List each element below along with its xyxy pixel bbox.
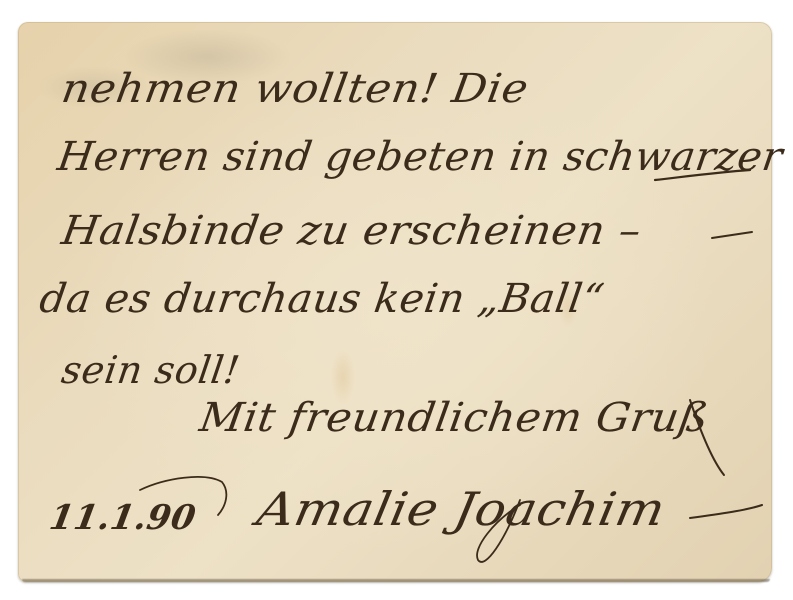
handwritten-line-1: nehmen wollten! Die xyxy=(59,66,532,112)
handwritten-line-3: Halsbinde zu erscheinen – xyxy=(59,208,645,254)
handwritten-line-2: Herren sind gebeten in schwarzer xyxy=(55,134,786,180)
handwritten-line-5: sein soll! xyxy=(59,348,243,392)
card-shadow-edge xyxy=(22,579,770,582)
handwritten-line-4: da es durchaus kein „Ball“ xyxy=(37,276,607,322)
closing-greeting: Mit freundlichem Gruß xyxy=(197,395,712,441)
page-background: nehmen wollten! Die Herren sind gebeten … xyxy=(0,0,793,600)
signature: Amalie Joachim xyxy=(253,482,670,536)
handwritten-date: 11.1.90 xyxy=(46,498,199,538)
